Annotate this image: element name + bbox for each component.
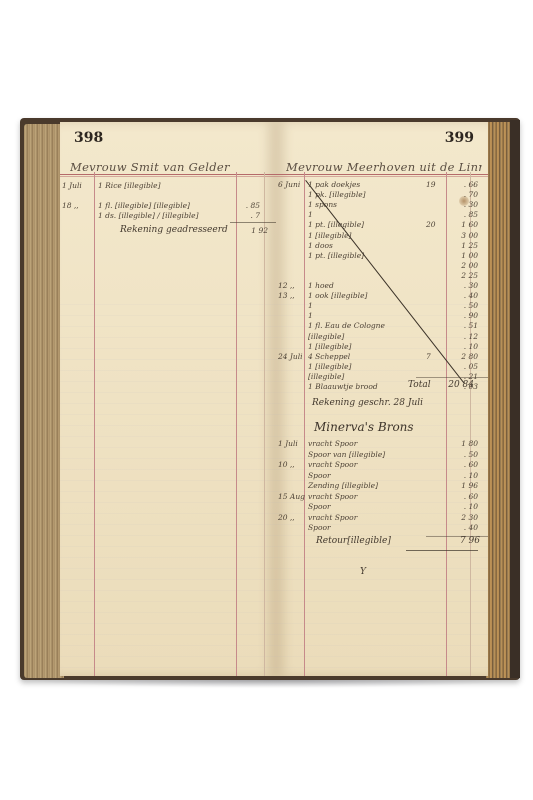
second-total-amount: 7 96 — [444, 536, 480, 547]
entry-date: 20 ,, — [278, 512, 295, 523]
date-column-rule — [304, 172, 305, 676]
total-rule — [416, 377, 488, 378]
entry-amount: . 60 — [448, 459, 478, 470]
entry-date: 1 Juli — [278, 438, 298, 449]
entry-description: vracht Spoor — [308, 512, 357, 523]
entry-amount: . 40 — [448, 522, 478, 533]
right-page: 399 Mevrouw Meerhoven uit de Linnen 6 Ju… — [276, 122, 488, 676]
entry-description: Spoor van [illegible] — [308, 449, 385, 460]
entry-description: 1 pt. [illegible] — [308, 250, 364, 261]
page-number: 399 — [445, 130, 474, 146]
entry-date: 15 Aug — [278, 491, 305, 502]
entry-description: 1 Rice [illegible] — [98, 180, 161, 191]
total-amount: 20 84 — [438, 380, 474, 391]
header-rule-double — [60, 176, 276, 177]
date-column-rule — [94, 172, 95, 676]
entry-amount: . 50 — [448, 449, 478, 460]
entry-folio: 7 — [426, 351, 431, 362]
entry-amount: 1 80 — [448, 438, 478, 449]
entry-description: 1 Blaauwtje brood — [308, 381, 378, 392]
entry-amount: . 60 — [448, 491, 478, 502]
entry-date: 1 Juli — [62, 180, 82, 191]
entry-description: Spoor — [308, 470, 331, 481]
entry-description: Spoor — [308, 522, 331, 533]
entry-date: 6 Juni — [278, 179, 300, 190]
entry-description: 1 ds. [illegible] / [illegible] — [98, 210, 199, 221]
total-label: Total — [408, 380, 431, 391]
cover-edge-right — [510, 120, 520, 678]
entry-date: 13 ,, — [278, 290, 295, 301]
header-rule-double — [276, 176, 488, 177]
subtotal-rule — [230, 222, 276, 223]
entry-date: 24 Juli — [278, 351, 303, 362]
amount-column-rule — [264, 172, 265, 676]
ruled-lines — [60, 294, 276, 676]
entry-amount: 2 30 — [448, 512, 478, 523]
left-page: 398 Mevrouw Smit van Gelder 1 Juli 1 Ric… — [60, 122, 276, 676]
entry-description: Zending [illegible] — [308, 480, 378, 491]
entry-description: Rekening geadresseerd — [120, 225, 228, 236]
entry-amount: 1 96 — [448, 480, 478, 491]
entry-description: vracht Spoor — [308, 459, 357, 470]
closing-rule — [406, 550, 478, 551]
entry-date: 10 ,, — [278, 459, 295, 470]
mark: Y — [360, 567, 366, 578]
entry-amount: . 7 — [230, 210, 260, 221]
entry-description: Spoor — [308, 501, 331, 512]
entry-folio: 19 — [426, 179, 436, 190]
second-account-title: Minerva's Brons — [314, 422, 414, 433]
entry-amount: . 10 — [448, 501, 478, 512]
entry-folio: 20 — [426, 219, 436, 230]
entry-date: 18 ,, — [62, 200, 79, 211]
settlement-note: Rekening geschr. 28 Juli — [312, 398, 423, 409]
left-page-block-edge — [24, 124, 64, 678]
header-rule — [60, 174, 276, 175]
account-title: Mevrouw Smit van Gelder — [70, 160, 270, 174]
entry-description: 1 ook [illegible] — [308, 290, 367, 301]
entry-description: vracht Spoor — [308, 491, 357, 502]
entry-amount: . 10 — [448, 470, 478, 481]
folio-column-rule — [446, 172, 447, 676]
header-rule — [276, 174, 488, 175]
page-number: 398 — [74, 130, 103, 146]
account-title: Mevrouw Meerhoven uit de Linnen — [286, 160, 482, 174]
entry-description: vracht Spoor — [308, 438, 357, 449]
folio-column-rule — [236, 172, 237, 676]
second-total-label: Retour[illegible] — [316, 536, 391, 547]
entry-amount: 1 92 — [238, 225, 268, 236]
